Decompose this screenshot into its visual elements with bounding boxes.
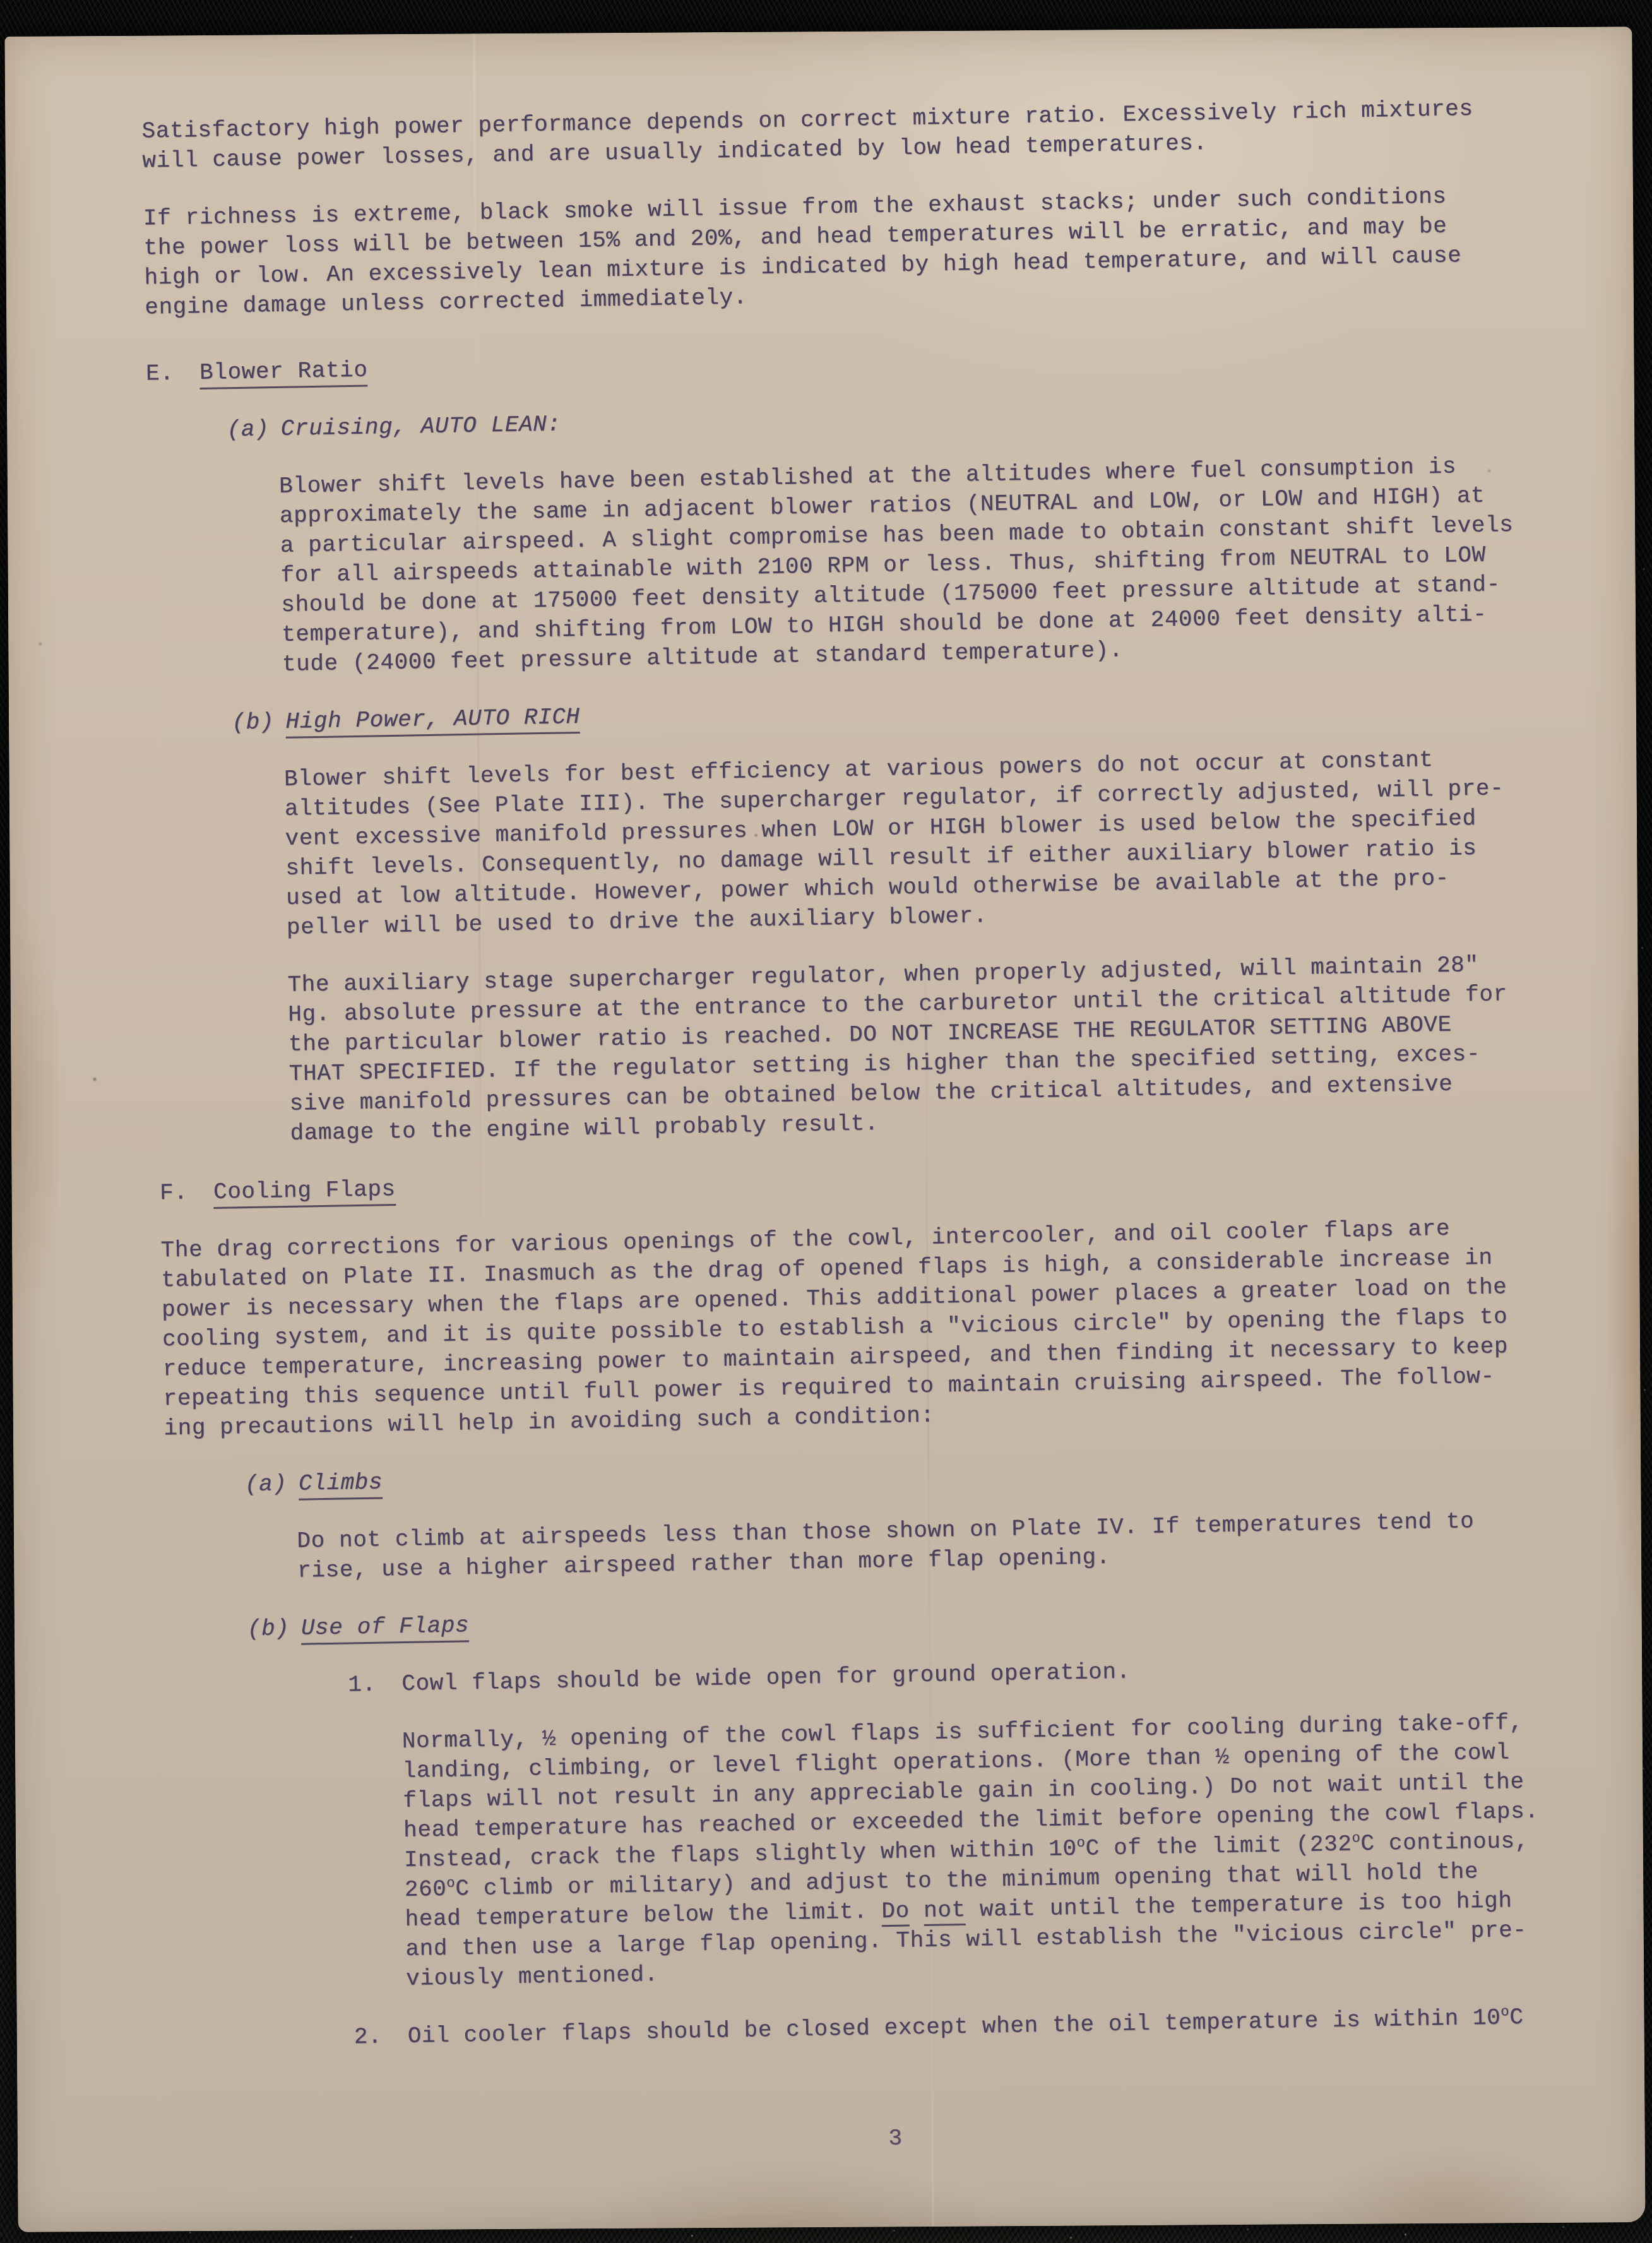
subheading-climbs-label: (a) <box>244 1469 299 1499</box>
list-item-2-number: 2. <box>354 2021 408 2052</box>
subheading-b-title: High Power, AUTO RICH <box>285 704 580 739</box>
subheading-climbs-title: Climbs <box>299 1469 383 1500</box>
intro-paragraph-2: If richness is extreme, black smoke will… <box>143 179 1584 323</box>
list-item-1: 1.Cowl flaps should be wide open for gro… <box>348 1649 1608 1700</box>
intro-paragraph-1: Satisfactory high power performance depe… <box>141 92 1581 176</box>
list-item-2-text: Oil cooler flaps should be closed except… <box>407 2004 1524 2049</box>
climbs-paragraph: Do not climb at airspeeds less than thos… <box>297 1504 1605 1586</box>
cooling-flaps-paragraph: The drag corrections for various opening… <box>160 1211 1603 1444</box>
subheading-a-title: Cruising, AUTO LEAN: <box>280 411 561 442</box>
subheading-a-label: (a) <box>227 414 281 444</box>
list-item-1-number: 1. <box>348 1669 402 1699</box>
subheading-climbs: (a)Climbs <box>244 1447 1603 1499</box>
list-item-2: 2.Oil cooler flaps should be closed exce… <box>354 2001 1613 2052</box>
section-f-label: F. <box>160 1177 214 1208</box>
subheading-use-of-flaps: (b)Use of Flaps <box>247 1592 1606 1644</box>
cowl-flaps-detail-paragraph: Normally, ½ opening of the cowl flaps is… <box>401 1706 1612 1994</box>
cruising-paragraph: Blower shift levels have been establishe… <box>279 449 1590 679</box>
document-page: Satisfactory high power performance depe… <box>4 27 1645 2232</box>
section-f-heading: F.Cooling Flaps <box>160 1154 1599 1208</box>
paper-specks <box>4 37 8 40</box>
subheading-high-power-auto-rich: (b)High Power, AUTO RICH <box>232 685 1591 737</box>
subheading-b-label: (b) <box>232 707 286 737</box>
subheading-flaps-label: (b) <box>247 1614 301 1644</box>
typewritten-text: Satisfactory high power performance depe… <box>141 92 1615 2165</box>
list-item-1-text: Cowl flaps should be wide open for groun… <box>401 1658 1131 1697</box>
photo-background: Satisfactory high power performance depe… <box>0 0 1652 2243</box>
subheading-flaps-title: Use of Flaps <box>300 1612 469 1645</box>
section-e-heading: E.Blower Ratio <box>146 335 1585 389</box>
high-power-paragraph-1: Blower shift levels for best efficiency … <box>284 742 1595 943</box>
page-number: 3 <box>175 2112 1615 2166</box>
high-power-paragraph-2: The auxiliary stage supercharger regulat… <box>287 948 1598 1148</box>
section-e-title: Blower Ratio <box>199 357 368 390</box>
section-e-label: E. <box>146 358 200 388</box>
subheading-cruising-auto-lean: (a)Cruising, AUTO LEAN: <box>227 392 1586 444</box>
section-f-title: Cooling Flaps <box>213 1176 396 1209</box>
